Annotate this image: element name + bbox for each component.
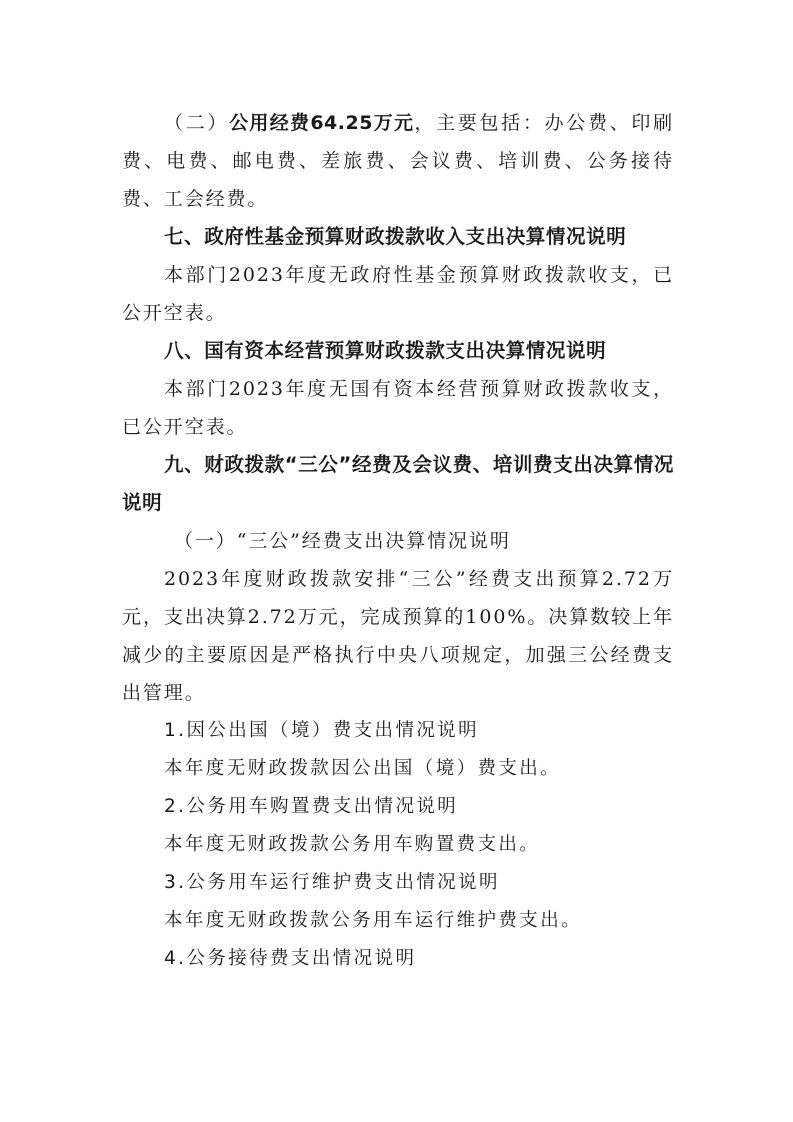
public-funds-paragraph: （二）公用经费64.25万元，主要包括：办公费、印刷费、电费、邮电费、差旅费、会… xyxy=(122,104,674,218)
section-9-sub-1-body: 2023年度财政拨款安排“三公”经费支出预算2.72万元，支出决算2.72万元，… xyxy=(122,560,674,712)
item-3-heading: 3.公务用车运行维护费支出情况说明 xyxy=(122,864,674,902)
section-8-body: 本部门2023年度无国有资本经营预算财政拨款收支，已公开空表。 xyxy=(122,370,674,446)
section-7-heading: 七、政府性基金预算财政拨款收入支出决算情况说明 xyxy=(122,218,674,256)
document-page: （二）公用经费64.25万元，主要包括：办公费、印刷费、电费、邮电费、差旅费、会… xyxy=(122,104,674,978)
item-3-body: 本年度无财政拨款公务用车运行维护费支出。 xyxy=(122,902,674,940)
section-7-body: 本部门2023年度无政府性基金预算财政拨款收支，已公开空表。 xyxy=(122,256,674,332)
item-4-heading: 4.公务接待费支出情况说明 xyxy=(122,940,674,978)
section-9-heading: 九、财政拨款“三公”经费及会议费、培训费支出决算情况说明 xyxy=(122,446,674,522)
public-funds-prefix: （二） xyxy=(164,112,229,134)
public-funds-amount: 公用经费64.25万元 xyxy=(229,112,414,134)
item-1-heading: 1.因公出国（境）费支出情况说明 xyxy=(122,712,674,750)
section-8-heading: 八、国有资本经营预算财政拨款支出决算情况说明 xyxy=(122,332,674,370)
item-1-body: 本年度无财政拨款因公出国（境）费支出。 xyxy=(122,750,674,788)
section-9-sub-1-heading: （一）“三公”经费支出决算情况说明 xyxy=(122,522,674,560)
item-2-heading: 2.公务用车购置费支出情况说明 xyxy=(122,788,674,826)
item-2-body: 本年度无财政拨款公务用车购置费支出。 xyxy=(122,826,674,864)
